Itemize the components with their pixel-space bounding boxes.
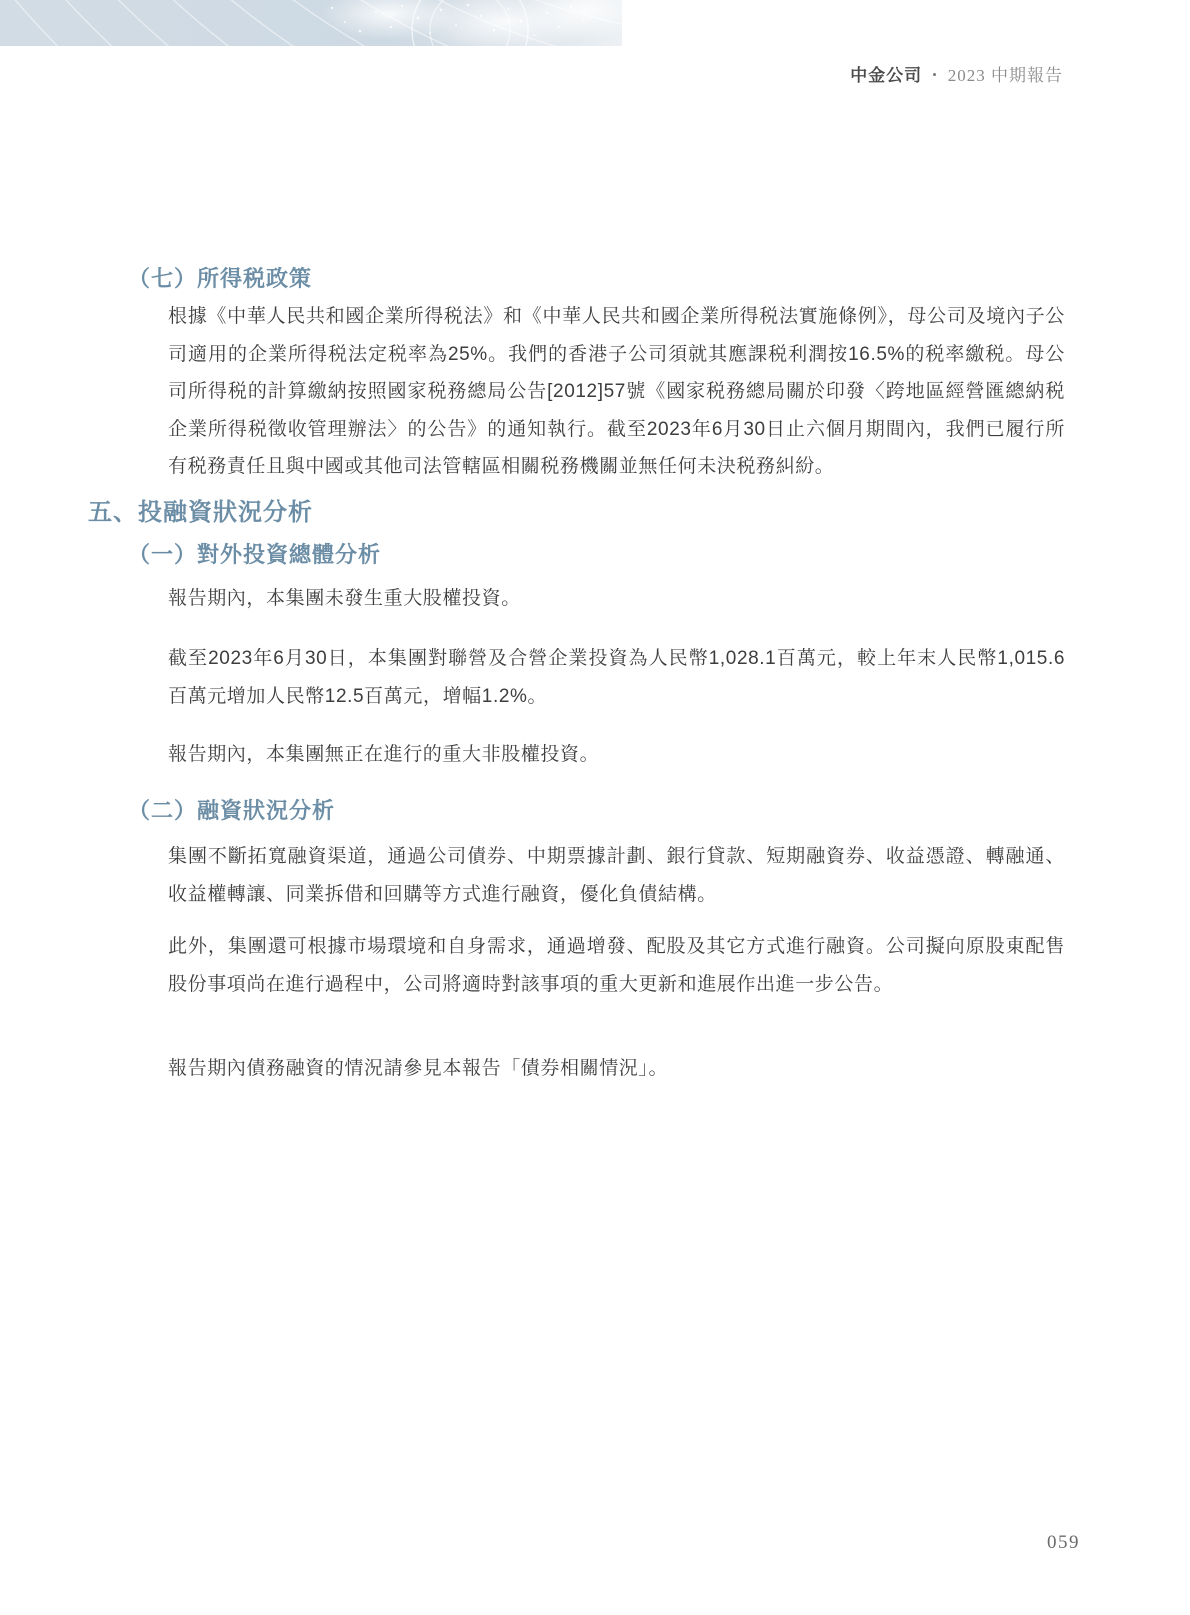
- header-report-title: 2023 中期報告: [948, 66, 1063, 85]
- paragraph-tax-policy: 根據《中華人民共和國企業所得税法》和《中華人民共和國企業所得税法實施條例》，母公…: [168, 298, 1065, 486]
- paragraph-associates-investment: 截至2023年6月30日，本集團對聯營及合營企業投資為人民幣1,028.1百萬元…: [168, 640, 1065, 715]
- page-number: 059: [1047, 1532, 1080, 1554]
- section-heading-tax-policy: （七）所得税政策: [128, 262, 312, 293]
- decorative-banner: [0, 0, 622, 46]
- section-heading-investment-financing: 五、投融資狀況分析: [88, 492, 313, 527]
- page-header: 中金公司•2023 中期報告: [850, 61, 1063, 86]
- banner-art-icon: [0, 0, 622, 46]
- paragraph-debt-financing-reference: 報告期內債務融資的情況請參見本報告「債券相關情況」。: [168, 1050, 1065, 1088]
- subsection-heading-financing-analysis: （二）融資狀況分析: [128, 794, 335, 825]
- paragraph-financing-channels: 集團不斷拓寬融資渠道，通過公司債券、中期票據計劃、銀行貸款、短期融資券、收益憑證…: [168, 838, 1065, 913]
- paragraph-additional-financing: 此外，集團還可根據市場環境和自身需求，通過增發、配股及其它方式進行融資。公司擬向…: [168, 928, 1065, 1003]
- paragraph-no-major-equity-investment: 報告期內，本集團未發生重大股權投資。: [168, 580, 1065, 618]
- header-company-name: 中金公司: [850, 66, 922, 85]
- paragraph-no-non-equity-investment: 報告期內，本集團無正在進行的重大非股權投資。: [168, 736, 1065, 774]
- header-separator-dot: •: [932, 67, 938, 82]
- subsection-heading-outbound-investment: （一）對外投資總體分析: [128, 538, 381, 569]
- report-page: 中金公司•2023 中期報告 （七）所得税政策 根據《中華人民共和國企業所得税法…: [0, 0, 1190, 1615]
